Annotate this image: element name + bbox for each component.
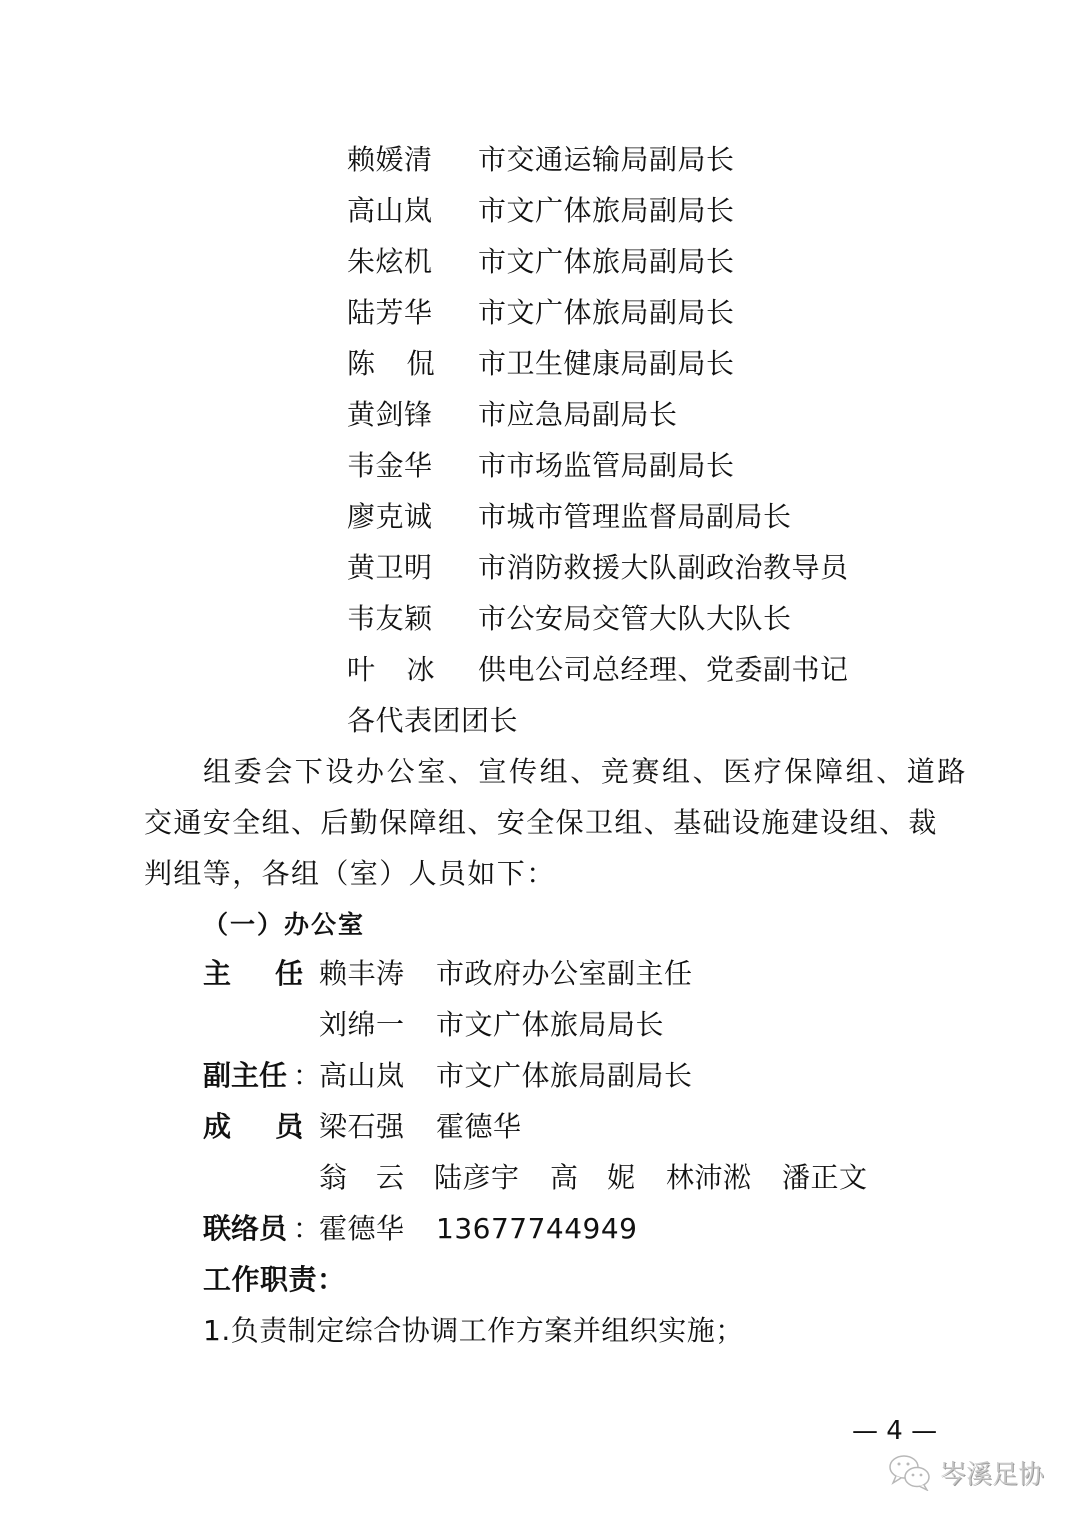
member-name: 黄剑锋 [347,398,435,432]
member-name: 赖媛清 [347,143,435,177]
member-title: 市应急局副局长 [478,398,678,432]
member-name: 潘正文 [782,1161,868,1195]
watermark: 岑溪足协 [888,1452,1044,1492]
director-title: 市文广体旅局局长 [436,1008,664,1042]
member-name: 朱炫机 [347,245,435,279]
member-name: 霍德华 [436,1110,522,1144]
paragraph-line: 组委会下设办公室、宣传组、竞赛组、医疗保障组、道路 [203,755,968,789]
member-title: 市公安局交管大队大队长 [478,602,792,636]
paragraph-line: 判组等，各组（室）人员如下： [144,857,556,891]
member-name-char: 叶 [347,653,376,687]
deputy-director-name: 高山岚 [319,1059,405,1093]
label-char: 主 [203,957,231,991]
member-name: 陈 侃 [347,347,435,381]
member-title: 市文广体旅局副局长 [478,194,735,228]
member-name: 林沛淞 [666,1161,752,1195]
member-title: 市交通运输局副局长 [478,143,735,177]
member-name-char: 陈 [347,347,376,381]
member-name-char: 侃 [406,347,435,381]
liaison-phone: 13677744949 [436,1212,637,1246]
member-name: 梁石强 [319,1110,405,1144]
member-title: 市消防救援大队副政治教导员 [478,551,849,585]
member-name: 陆彦宇 [434,1161,520,1195]
duty-item: 1.负责制定综合协调工作方案并组织实施； [203,1314,744,1348]
label-colon: ： [293,1110,321,1144]
label-colon: ： [293,1059,321,1093]
member-name: 陆芳华 [347,296,435,330]
page-number: — 4 — [852,1416,937,1446]
member-name: 韦金华 [347,449,435,483]
duties-heading: 工作职责： [203,1263,346,1297]
members-label: 成 员 [203,1110,303,1144]
document-page: 赖媛清 市交通运输局副局长 高山岚 市文广体旅局副局长 朱炫机 市文广体旅局副局… [0,0,1080,1526]
member-name: 各代表团团长 [347,704,518,738]
member-name: 韦友颖 [347,602,435,636]
director-name: 刘绵一 [319,1008,405,1042]
member-name: 高 妮 [550,1161,636,1195]
member-name-char: 冰 [406,653,435,687]
director-label: 主 任 [203,957,303,991]
member-name: 翁 云 [319,1161,405,1195]
member-title: 市文广体旅局副局长 [478,296,735,330]
director-name: 赖丰涛 [319,957,405,991]
member-name: 高山岚 [347,194,435,228]
section-heading: （一）办公室 [203,908,365,942]
director-title: 市政府办公室副主任 [436,957,693,991]
member-name: 叶 冰 [347,653,435,687]
member-title: 市文广体旅局副局长 [478,245,735,279]
paragraph-line: 交通安全组、后勤保障组、安全保卫组、基础设施建设组、裁 [144,806,938,840]
liaison-name: 霍德华 [319,1212,405,1246]
member-name: 廖克诚 [347,500,435,534]
member-title: 市卫生健康局副局长 [478,347,735,381]
label-char: 成 [203,1110,231,1144]
member-name: 黄卫明 [347,551,435,585]
member-title: 市市场监管局副局长 [478,449,735,483]
label-colon: ： [293,957,321,991]
deputy-director-title: 市文广体旅局副局长 [436,1059,693,1093]
label-colon: ： [293,1212,321,1246]
member-title: 供电公司总经理、党委副书记 [478,653,849,687]
member-title: 市城市管理监督局副局长 [478,500,792,534]
wechat-icon [888,1453,932,1491]
watermark-text: 岑溪足协 [940,1454,1044,1491]
